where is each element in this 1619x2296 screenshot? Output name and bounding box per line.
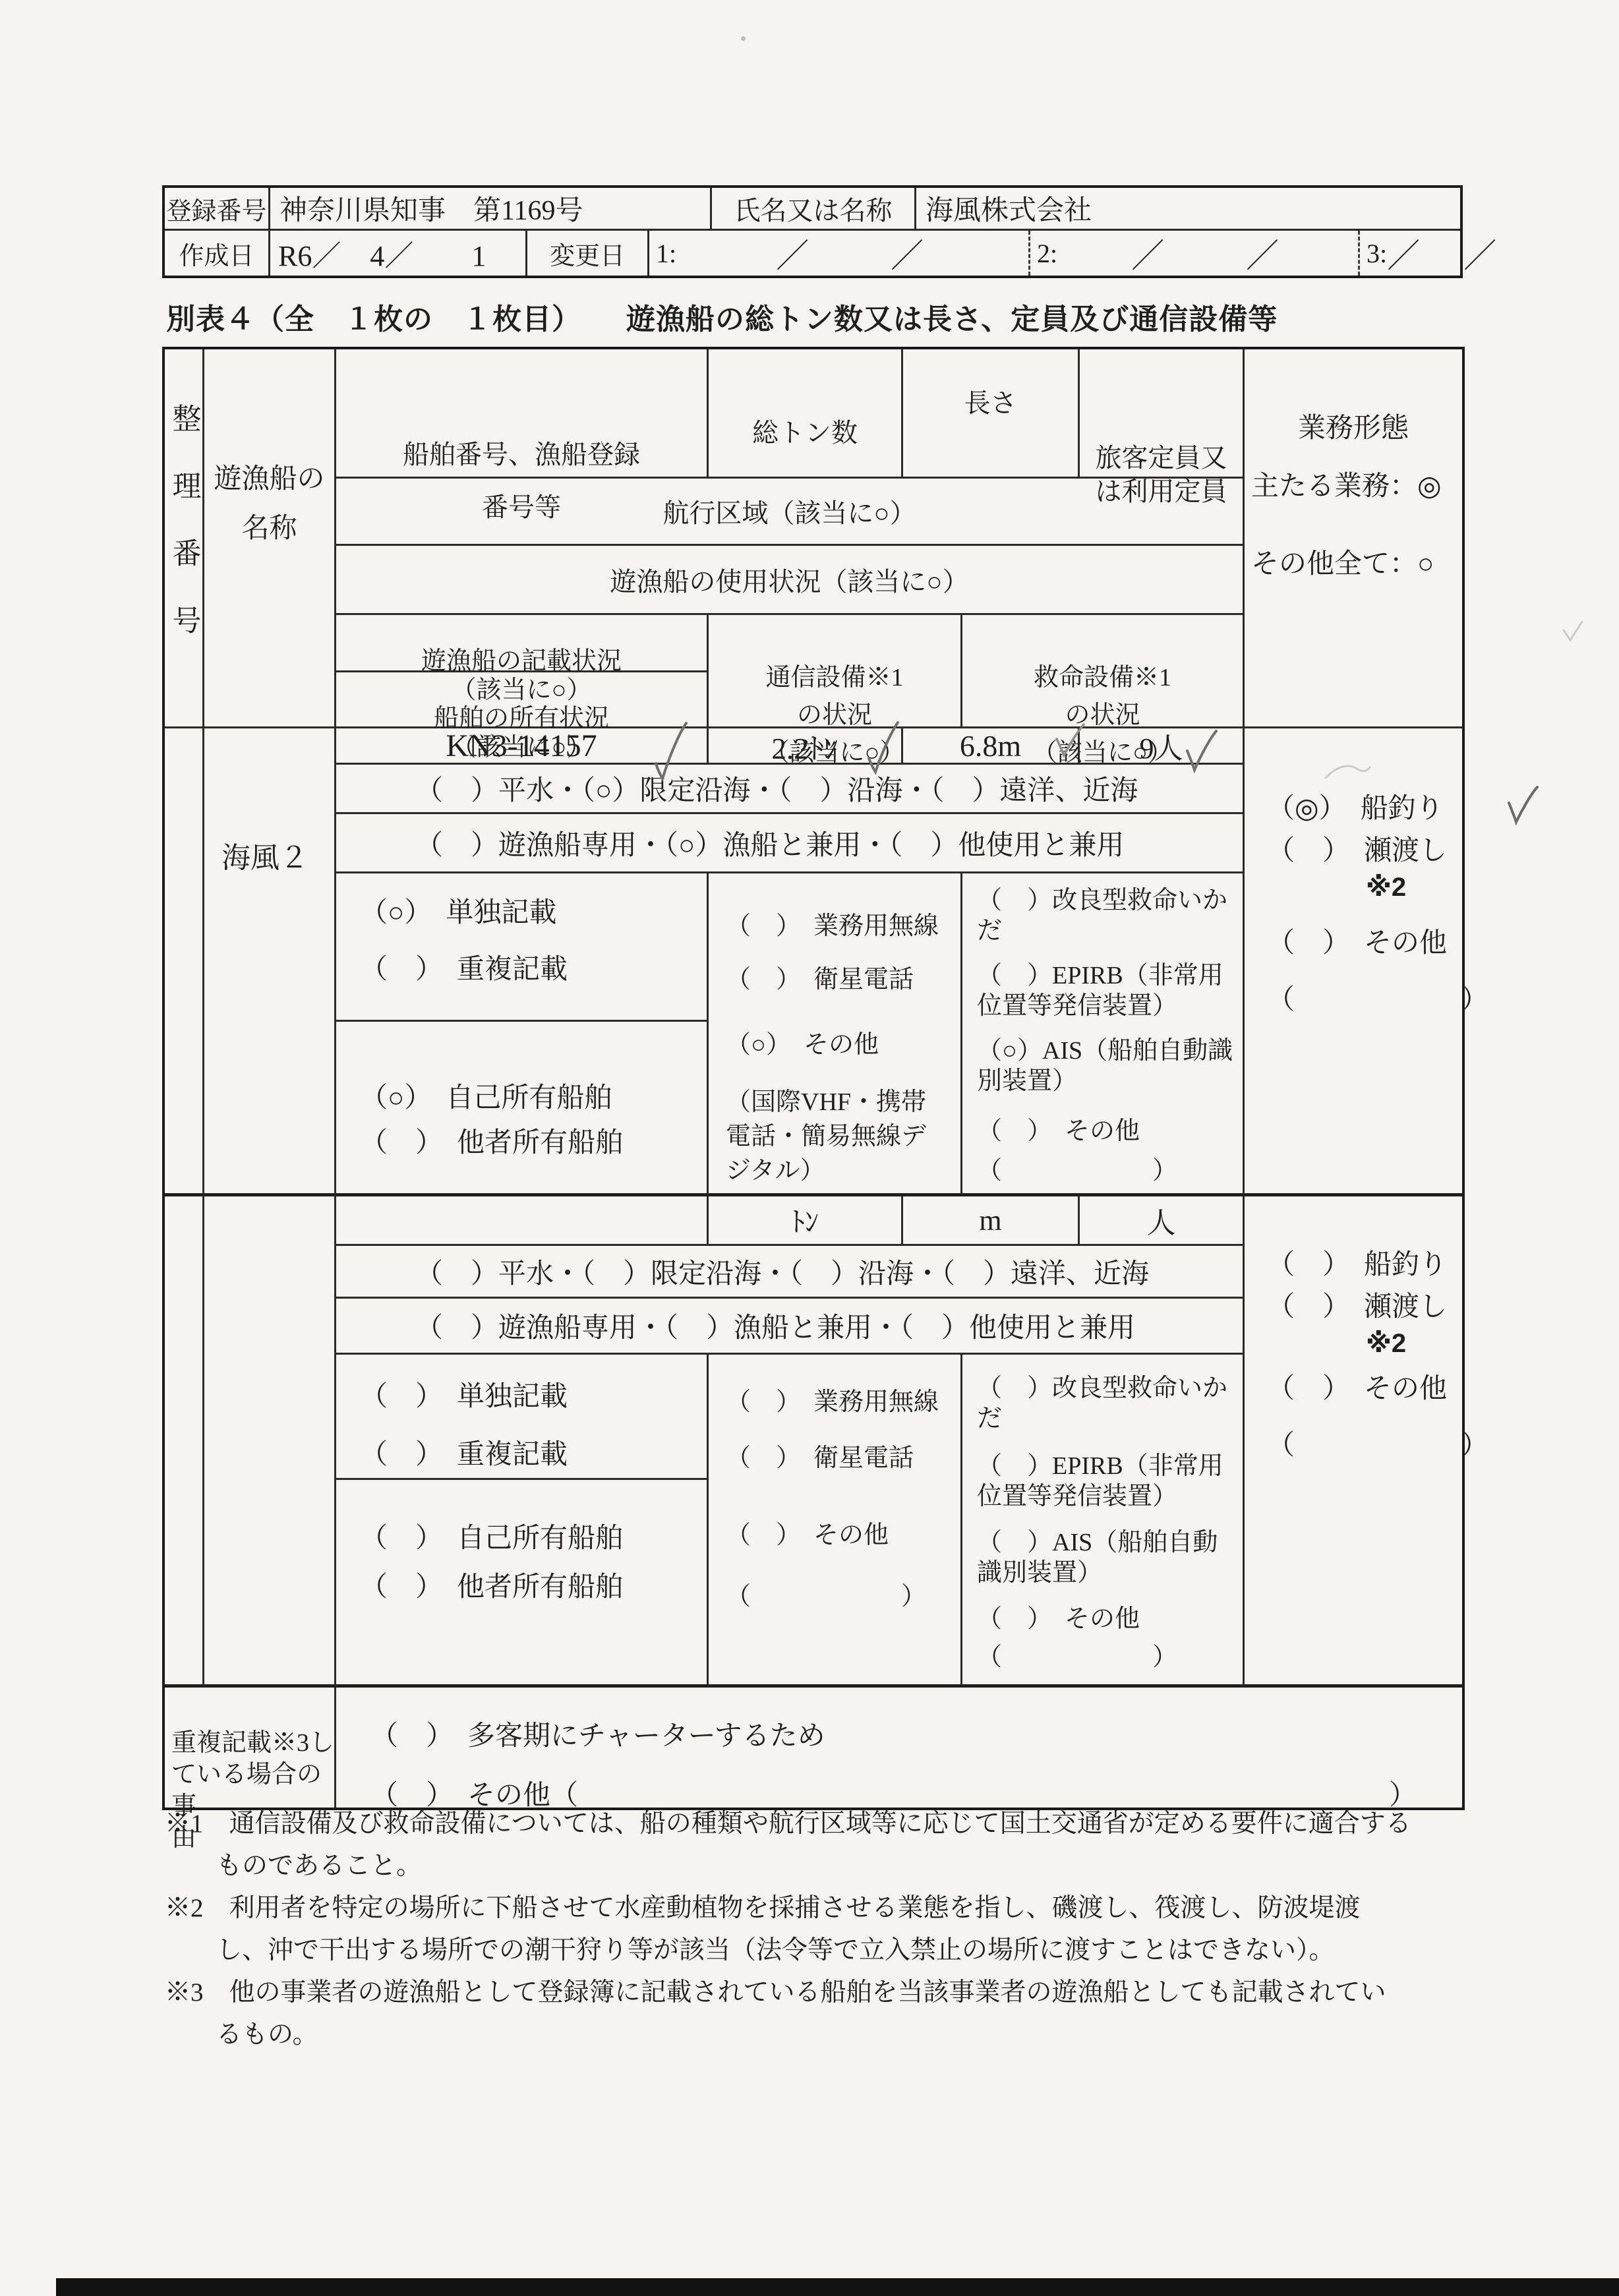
row1-usage-status-options: （ ）遊漁船専用・（○）漁船と兼用・（ ）他使用と兼用 <box>415 823 1124 863</box>
holder-name-label-text: 氏名又は名称 <box>734 190 893 227</box>
row2-ship-number-cell <box>336 1196 709 1246</box>
row1-boat-fishing-option: （◎） 船釣り <box>1267 786 1462 826</box>
row1-length-value: 6.8m <box>960 728 1021 763</box>
holder-name-value: 海風株式会社 <box>916 188 1460 231</box>
row1-capacity-cell: 9人 <box>1080 728 1245 765</box>
pencil-tick-margin-icon <box>1561 618 1585 643</box>
header-communication-equipment: 通信設備※1 の状況 （該当に○） <box>709 615 962 728</box>
page-title-text: 別表４（全 １枚の １枚目） 遊漁船の総トン数又は長さ、定員及び通信設備等 <box>166 303 1278 336</box>
row2-communication-equipment-cell: （ ） 業務用無線 （ ） 衛星電話 （ ） その他 （ ） <box>709 1355 962 1688</box>
row1-business-type-cell: （◎） 船釣り （ ） 瀬渡し ※2 （ ） その他 （ ） <box>1245 728 1462 1196</box>
row2-other-owned-option: （ ） 他者所有船舶 <box>360 1565 707 1604</box>
row2-duplicate-registration-option: （ ） 重複記載 <box>360 1432 707 1472</box>
holder-name-value-text: 海風株式会社 <box>926 189 1092 228</box>
row2-rock-transport-option: （ ） 瀬渡し <box>1267 1285 1462 1324</box>
row2-tonnage-cell: ﾄﾝ <box>709 1196 903 1246</box>
row2-satellite-phone-option: （ ） 衛星電話 <box>726 1437 949 1473</box>
created-date-label-text: 作成日 <box>179 235 254 272</box>
checkmark-ship-number-icon <box>651 720 690 780</box>
change-slot-1-blank: ／ ／ <box>676 229 1028 277</box>
registration-number-value-text: 神奈川県知事 第1169号 <box>280 189 583 228</box>
row2-business-type-cell: （ ） 船釣り （ ） 瀬渡し ※2 （ ） その他 （ ） <box>1245 1196 1462 1688</box>
row2-rescue-other-blank: （ ） <box>977 1642 1233 1672</box>
business-type-main-legend: 主たる業務：◎ <box>1245 464 1462 504</box>
change-slot-3-blank: ／ ／ <box>1387 229 1502 277</box>
row1-communication-equipment-cell: （ ） 業務用無線 （ ） 衛星電話 （○） その他 （国際VHF・携帯電話・簡… <box>709 873 962 1196</box>
row1-tonnage-value: 2.2ﾄﾝ <box>771 724 838 767</box>
change-slot-2-number: 2: <box>1030 238 1057 269</box>
change-slot-1: 1: ／ ／ <box>649 231 1028 276</box>
row1-ais-option: （○）AIS（船舶自動識別装置） <box>977 1036 1233 1096</box>
row1-epirb-option: （ ）EPIRB（非常用位置等発信装置） <box>977 960 1233 1021</box>
page-title: 別表４（全 １枚の １枚目） 遊漁船の総トン数又は長さ、定員及び通信設備等 <box>166 295 1485 338</box>
row1-liferaft-option: （ ）改良型救命いかだ <box>977 885 1233 946</box>
registration-number-label: 登録番号 <box>165 188 270 231</box>
footnote-1: ※1 通信設備及び救命設備については、船の種類や航行区域等に応じて国土交通省が定… <box>165 1803 1543 1887</box>
row2-ownership-status-cell: （ ） 自己所有船舶 （ ） 他者所有船舶 <box>336 1480 709 1688</box>
row2-biz-note2-marker: ※2 <box>1366 1328 1462 1359</box>
duplicate-reason-label-cell: 重複記載※3し ている場合の事 由 <box>165 1688 336 1808</box>
scanned-form-page: 登録番号 神奈川県知事 第1169号 氏名又は名称 海風株式会社 作成日 R6／… <box>0 0 1619 2296</box>
row2-serial-number-cell <box>165 1196 204 1688</box>
row2-tonnage-unit: ﾄﾝ <box>791 1200 819 1240</box>
serial-number-header-text: 整理番号 <box>163 403 205 672</box>
checkmark-tonnage-icon <box>865 720 901 774</box>
changed-date-label-text: 変更日 <box>550 235 625 272</box>
change-slot-3: 3: ／ ／ <box>1358 231 1460 276</box>
duplicate-reason-charter-option: （ ） 多客期にチャーターするため <box>370 1714 1462 1753</box>
row2-business-radio-option: （ ） 業務用無線 <box>726 1381 949 1417</box>
row1-serial-number-cell <box>165 728 204 1196</box>
column-header-business-type: 業務形態 主たる業務：◎ その他全て：○ <box>1245 349 1462 728</box>
row2-comm-other-blank: （ ） <box>726 1575 949 1612</box>
change-slot-2-blank: ／ ／ <box>1057 229 1358 277</box>
usage-status-header-text: 遊漁船の使用状況（該当に○） <box>610 561 968 599</box>
navigation-area-header-text: 航行区域（該当に○） <box>662 492 916 530</box>
footnote-3: ※3 他の事業者の遊漁船として登録簿に記載されている船舶を当該事業者の遊漁船とし… <box>165 1972 1543 2056</box>
tonnage-header-text: 総トン数 <box>752 418 858 448</box>
row2-biz-other-option: （ ） その他 <box>1267 1367 1462 1406</box>
header-lifesaving-equipment: 救命設備※1 の状況 （該当に○） <box>962 615 1245 728</box>
row1-navigation-area-options: （ ）平水・（○）限定沿海・（ ）沿海・（ ）遠洋、近海 <box>415 769 1138 808</box>
pencil-scribble-icon <box>1324 762 1371 782</box>
row2-boat-fishing-option: （ ） 船釣り <box>1267 1243 1462 1282</box>
row2-usage-status-options: （ ）遊漁船専用・（ ）漁船と兼用・（ ）他使用と兼用 <box>415 1306 1135 1345</box>
row1-biz-other-option: （ ） その他 <box>1267 921 1462 960</box>
length-header-text: 長さ <box>964 388 1017 418</box>
change-slot-1-number: 1: <box>649 238 676 269</box>
created-date-label: 作成日 <box>165 231 270 276</box>
row1-comm-other-note: （国際VHF・携帯電話・簡易無線デジタル） <box>726 1085 949 1188</box>
checkmark-length-icon <box>1053 722 1086 758</box>
row1-biz-note2-marker: ※2 <box>1366 872 1462 902</box>
row1-capacity-value: 9人 <box>1140 724 1183 767</box>
row2-lifesaving-equipment-cell: （ ）改良型救命いかだ （ ）EPIRB（非常用位置等発信装置） （ ）AIS（… <box>962 1355 1245 1688</box>
row2-liferaft-option: （ ）改良型救命いかだ <box>977 1373 1233 1434</box>
created-date-value: R6／ 4／ 1 <box>270 231 527 276</box>
header-navigation-area: 航行区域（該当に○） <box>336 479 1245 546</box>
registration-number-label-text: 登録番号 <box>166 191 266 227</box>
scan-speck <box>741 36 746 41</box>
row2-ais-option: （ ）AIS（船舶自動識別装置） <box>977 1527 1233 1588</box>
boat-name-header-text: 遊漁船の 名称 <box>214 464 324 544</box>
row1-boat-name-cell: 海風２ <box>204 728 336 1196</box>
column-header-serial-number: 整理番号 <box>165 349 204 728</box>
row1-lifesaving-equipment-cell: （ ）改良型救命いかだ （ ）EPIRB（非常用位置等発信装置） （○）AIS（… <box>962 873 1245 1196</box>
column-header-boat-name: 遊漁船の 名称 <box>204 349 336 728</box>
row1-satellite-phone-option: （ ） 衛星電話 <box>726 958 949 995</box>
scan-artifact-band <box>56 2278 1619 2296</box>
row2-navigation-area-cell: （ ）平水・（ ）限定沿海・（ ）沿海・（ ）遠洋、近海 <box>336 1246 1245 1299</box>
row1-biz-other-blank: （ ） <box>1267 978 1462 1017</box>
column-header-tonnage: 総トン数 <box>709 349 903 479</box>
row1-rescue-other-blank: （ ） <box>977 1156 1233 1186</box>
row1-comm-other-option: （○） その他 <box>726 1024 949 1060</box>
row1-registration-status-cell: （○） 単独記載 （ ） 重複記載 <box>336 873 709 1022</box>
row1-boat-name-value: 海風２ <box>221 842 309 874</box>
row1-rock-transport-option: （ ） 瀬渡し <box>1267 829 1462 868</box>
row2-comm-other-option: （ ） その他 <box>726 1514 949 1550</box>
row1-navigation-area-cell: （ ）平水・（○）限定沿海・（ ）沿海・（ ）遠洋、近海 <box>336 765 1245 814</box>
row1-other-owned-option: （ ） 他者所有船舶 <box>360 1121 707 1160</box>
business-type-other-legend: その他全て：○ <box>1245 542 1462 581</box>
checkmark-margin-icon <box>1504 784 1541 825</box>
row2-epirb-option: （ ）EPIRB（非常用位置等発信装置） <box>977 1451 1233 1512</box>
change-slot-3-number: 3: <box>1360 238 1387 269</box>
row1-rescue-other-option: （ ） その他 <box>977 1116 1233 1146</box>
row2-length-cell: m <box>903 1196 1080 1246</box>
column-header-length: 長さ <box>903 349 1080 479</box>
row2-rescue-other-option: （ ） その他 <box>977 1604 1233 1634</box>
business-type-header-title: 業務形態 <box>1245 349 1462 446</box>
row2-registration-status-cell: （ ） 単独記載 （ ） 重複記載 <box>336 1355 709 1480</box>
row2-boat-name-cell <box>204 1196 336 1688</box>
row2-length-unit: m <box>979 1204 1001 1237</box>
holder-name-label: 氏名又は名称 <box>712 188 916 231</box>
checkmark-capacity-icon <box>1183 728 1220 775</box>
footnote-2: ※2 利用者を特定の場所に下船させて水産動植物を採捕させる業態を指し、磯渡し、筏… <box>165 1887 1543 1972</box>
row2-biz-other-blank: （ ） <box>1267 1423 1462 1463</box>
change-slot-2: 2: ／ ／ <box>1028 231 1358 276</box>
header-usage-status: 遊漁船の使用状況（該当に○） <box>336 546 1245 615</box>
created-date-value-text: R6／ 4／ 1 <box>278 232 486 274</box>
column-header-capacity: 旅客定員又 は利用定員 <box>1080 349 1245 479</box>
header-registration-status: 遊漁船の記載状況 （該当に○） <box>336 615 709 672</box>
registration-number-value: 神奈川県知事 第1169号 <box>270 188 712 231</box>
row2-capacity-unit: 人 <box>1147 1199 1176 1241</box>
row1-single-registration-option: （○） 単独記載 <box>360 891 707 930</box>
footnotes: ※1 通信設備及び救命設備については、船の種類や航行区域等に応じて国土交通省が定… <box>165 1803 1543 2056</box>
row1-ownership-status-cell: （○） 自己所有船舶 （ ） 他者所有船舶 <box>336 1022 709 1196</box>
row1-ship-number-value: KN3-14157 <box>446 728 597 764</box>
row1-duplicate-registration-option: （ ） 重複記載 <box>360 947 707 987</box>
row2-single-registration-option: （ ） 単独記載 <box>360 1374 707 1414</box>
row2-self-owned-option: （ ） 自己所有船舶 <box>360 1516 707 1556</box>
row2-usage-status-cell: （ ）遊漁船専用・（ ）漁船と兼用・（ ）他使用と兼用 <box>336 1299 1245 1355</box>
duplicate-reason-options-cell: （ ） 多客期にチャーターするため （ ） その他（ ） <box>336 1688 1462 1808</box>
row2-capacity-cell: 人 <box>1080 1196 1245 1246</box>
row1-usage-status-cell: （ ）遊漁船専用・（○）漁船と兼用・（ ）他使用と兼用 <box>336 814 1245 873</box>
row2-navigation-area-options: （ ）平水・（ ）限定沿海・（ ）沿海・（ ）遠洋、近海 <box>415 1252 1149 1291</box>
row1-business-radio-option: （ ） 業務用無線 <box>726 905 949 941</box>
column-header-ship-number: 船舶番号、漁船登録 番号等 <box>336 349 709 479</box>
changed-date-label: 変更日 <box>527 231 649 276</box>
row1-self-owned-option: （○） 自己所有船舶 <box>360 1076 707 1115</box>
